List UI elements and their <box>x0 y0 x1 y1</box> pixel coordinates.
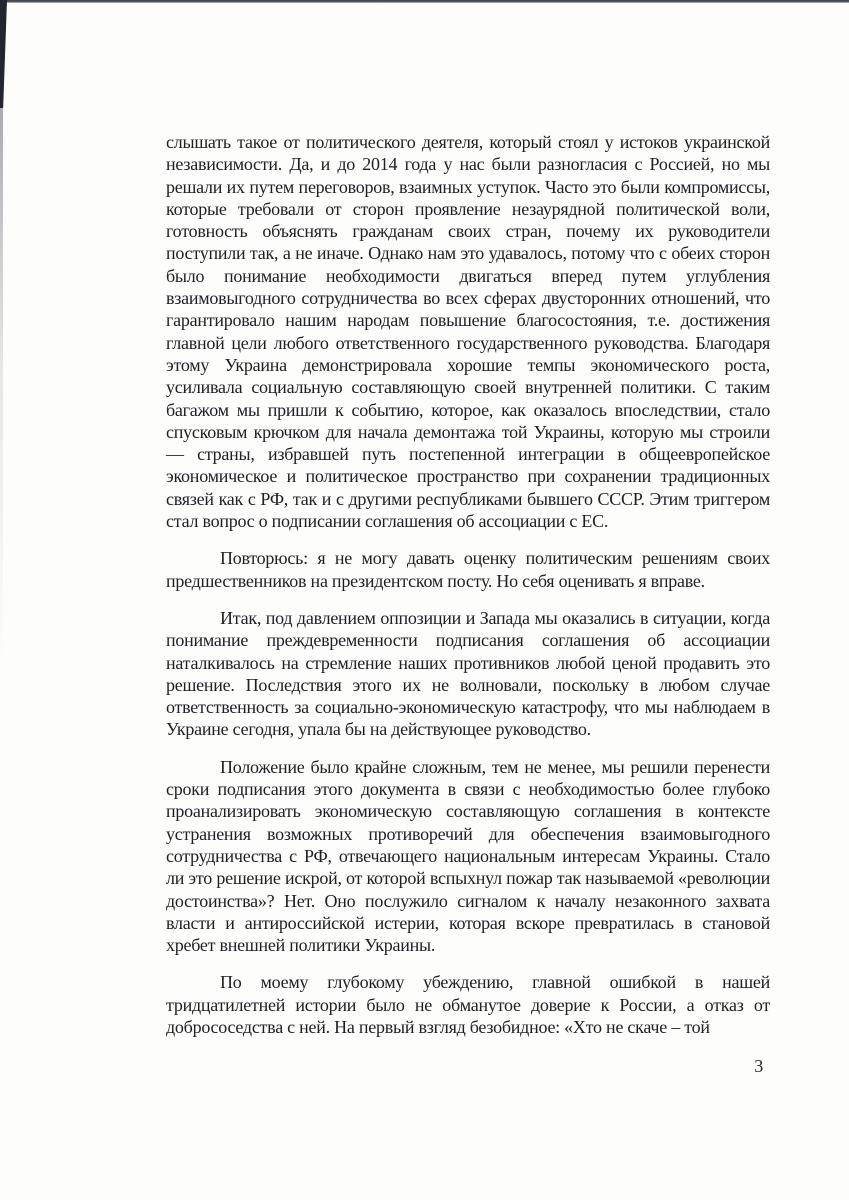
scan-top-edge-artifact <box>0 0 849 3</box>
text-block: слышать такое от политического деятеля, … <box>166 131 770 1078</box>
paragraph-2: Повторюсь: я не могу давать оценку полит… <box>166 547 770 592</box>
scan-left-edge-artifact <box>0 0 7 108</box>
paragraph-3: Итак, под давлением оппозиции и Запада м… <box>166 607 770 741</box>
paragraph-5: По моему глубокому убеждению, главной ош… <box>166 971 770 1038</box>
document-page: слышать такое от политического деятеля, … <box>0 0 849 1200</box>
scan-left-edge-fade-artifact <box>0 108 3 668</box>
paragraph-4: Положение было крайне сложным, тем не ме… <box>166 756 770 957</box>
paragraph-1-continuation: слышать такое от политического деятеля, … <box>166 131 770 532</box>
page-number: 3 <box>166 1055 770 1077</box>
